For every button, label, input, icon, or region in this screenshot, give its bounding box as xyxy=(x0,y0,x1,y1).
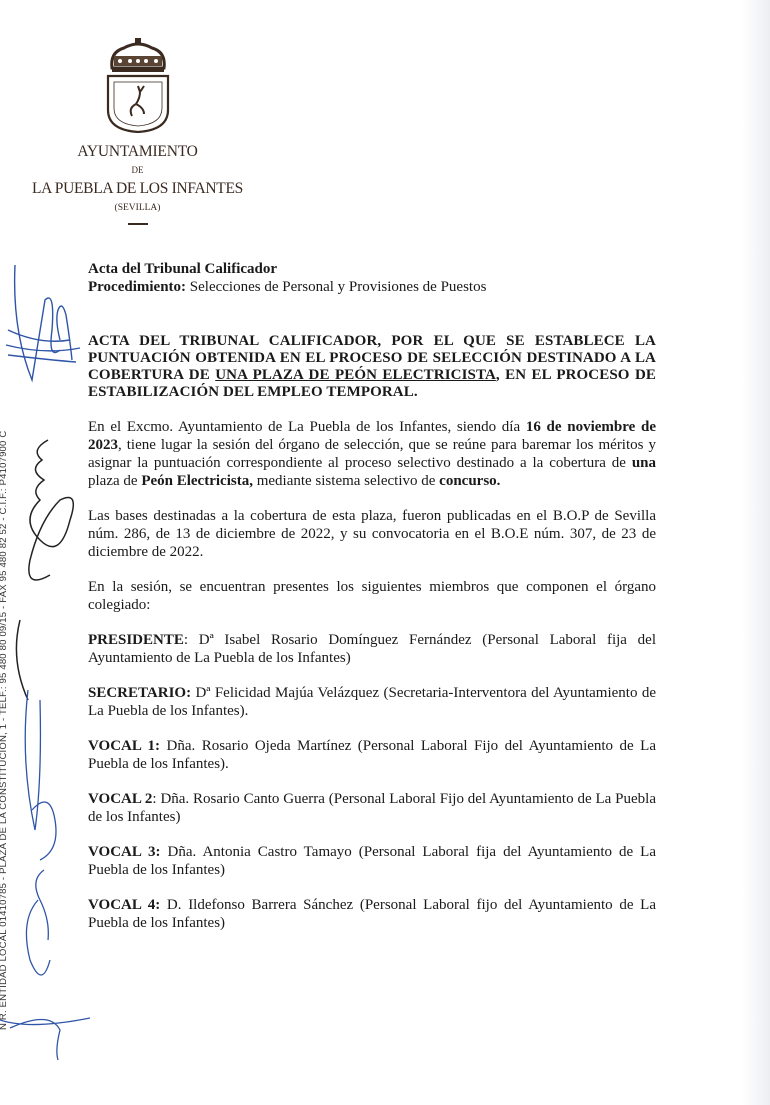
member-role: SECRETARIO: xyxy=(88,685,191,701)
member-role: VOCAL 2 xyxy=(88,791,152,807)
member-text: Dña. Antonia Castro Tamayo (Personal Lab… xyxy=(88,844,656,878)
letterhead-province: (SEVILLA) xyxy=(0,203,275,213)
member-secretary: SECRETARIO: Dª Felicidad Majúa Velázquez… xyxy=(88,684,656,720)
document-type: Acta del Tribunal Calificador xyxy=(88,260,656,278)
session-text-3: plaza de xyxy=(88,473,141,489)
position-name: Peón Electricista, xyxy=(141,473,253,489)
procedure-line: Procedimiento: Selecciones de Personal y… xyxy=(88,278,656,296)
member-role: VOCAL 3: xyxy=(88,844,161,860)
session-text-1: En el Excmo. Ayuntamiento de La Puebla d… xyxy=(88,419,526,435)
member-text: Dña. Rosario Ojeda Martínez (Personal La… xyxy=(88,738,656,772)
coat-of-arms-icon xyxy=(104,38,172,133)
member-vocal-1: VOCAL 1: Dña. Rosario Ojeda Martínez (Pe… xyxy=(88,737,656,773)
member-text: Dña. Rosario Canto Guerra (Personal Labo… xyxy=(88,791,656,825)
selection-system: concurso. xyxy=(439,473,500,489)
member-vocal-4: VOCAL 4: D. Ildefonso Barrera Sánchez (P… xyxy=(88,896,656,932)
session-text-4: mediante sistema selectivo de xyxy=(253,473,439,489)
session-paragraph: En el Excmo. Ayuntamiento de La Puebla d… xyxy=(88,418,656,490)
member-vocal-3: VOCAL 3: Dña. Antonia Castro Tamayo (Per… xyxy=(88,843,656,879)
page-edge-shadow xyxy=(742,0,770,1105)
letterhead-de: DE xyxy=(0,165,275,175)
signature-scribble-icon xyxy=(6,265,80,380)
document-title: ACTA DEL TRIBUNAL CALIFICADOR, POR EL QU… xyxy=(88,333,656,401)
member-role: VOCAL 4: xyxy=(88,897,160,913)
procedure-value: Selecciones de Personal y Provisiones de… xyxy=(186,279,486,295)
letterhead-rule xyxy=(128,223,148,225)
members-intro-paragraph: En la sesión, se encuentran presentes lo… xyxy=(88,578,656,614)
session-text-2: , tiene lugar la sesión del órgano de se… xyxy=(88,437,656,471)
signature-black-icon xyxy=(16,440,73,700)
margin-registry-text: N.R. ENTIDAD LOCAL 01410785 - PLAZA DE L… xyxy=(0,431,9,1030)
member-role: PRESIDENTE xyxy=(88,632,184,648)
document-body: Acta del Tribunal Calificador Procedimie… xyxy=(88,260,656,932)
bases-paragraph: Las bases destinadas a la cobertura de e… xyxy=(88,507,656,561)
member-vocal-2: VOCAL 2: Dña. Rosario Canto Guerra (Pers… xyxy=(88,790,656,826)
letterhead-org-name: AYUNTAMIENTO xyxy=(0,143,275,161)
member-role: VOCAL 1: xyxy=(88,738,160,754)
vacancy-count: una xyxy=(632,455,656,471)
title-underlined-position: UNA PLAZA DE PEÓN ELECTRICISTA xyxy=(215,367,496,383)
member-text: D. Ildefonso Barrera Sánchez (Personal L… xyxy=(88,897,656,931)
procedure-label: Procedimiento: xyxy=(88,279,186,295)
member-president: PRESIDENTE: Dª Isabel Rosario Domínguez … xyxy=(88,631,656,667)
letterhead-town: LA PUEBLA DE LOS INFANTES xyxy=(0,180,275,198)
